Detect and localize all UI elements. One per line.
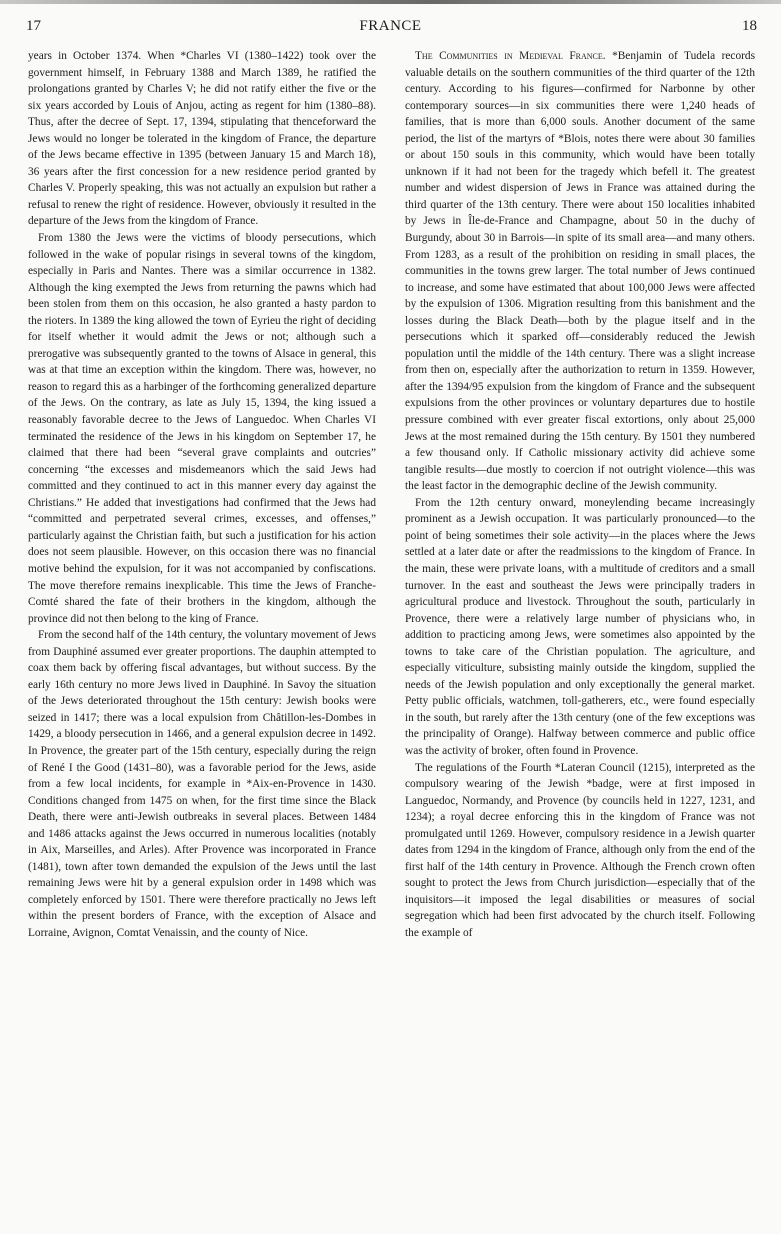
paragraph: From the 12th century onward, moneylendi…: [405, 495, 755, 760]
left-column: years in October 1374. When *Charles VI …: [28, 48, 376, 942]
paragraph: The Communities in Medieval France. *Ben…: [405, 48, 755, 495]
paragraph: From 1380 the Jews were the victims of b…: [28, 230, 376, 627]
scan-top-edge: [0, 0, 781, 4]
right-column: The Communities in Medieval France. *Ben…: [405, 48, 755, 942]
paragraph-text: *Benjamin of Tudela records valuable det…: [405, 50, 755, 492]
paragraph: From the second half of the 14th century…: [28, 627, 376, 941]
running-head: 17 FRANCE 18: [0, 18, 781, 40]
page-number-right: 18: [742, 18, 757, 35]
section-heading: The Communities in Medieval France.: [415, 50, 606, 62]
paragraph: The regulations of the Fourth *Lateran C…: [405, 760, 755, 942]
running-title: FRANCE: [0, 18, 781, 35]
paragraph: years in October 1374. When *Charles VI …: [28, 48, 376, 230]
